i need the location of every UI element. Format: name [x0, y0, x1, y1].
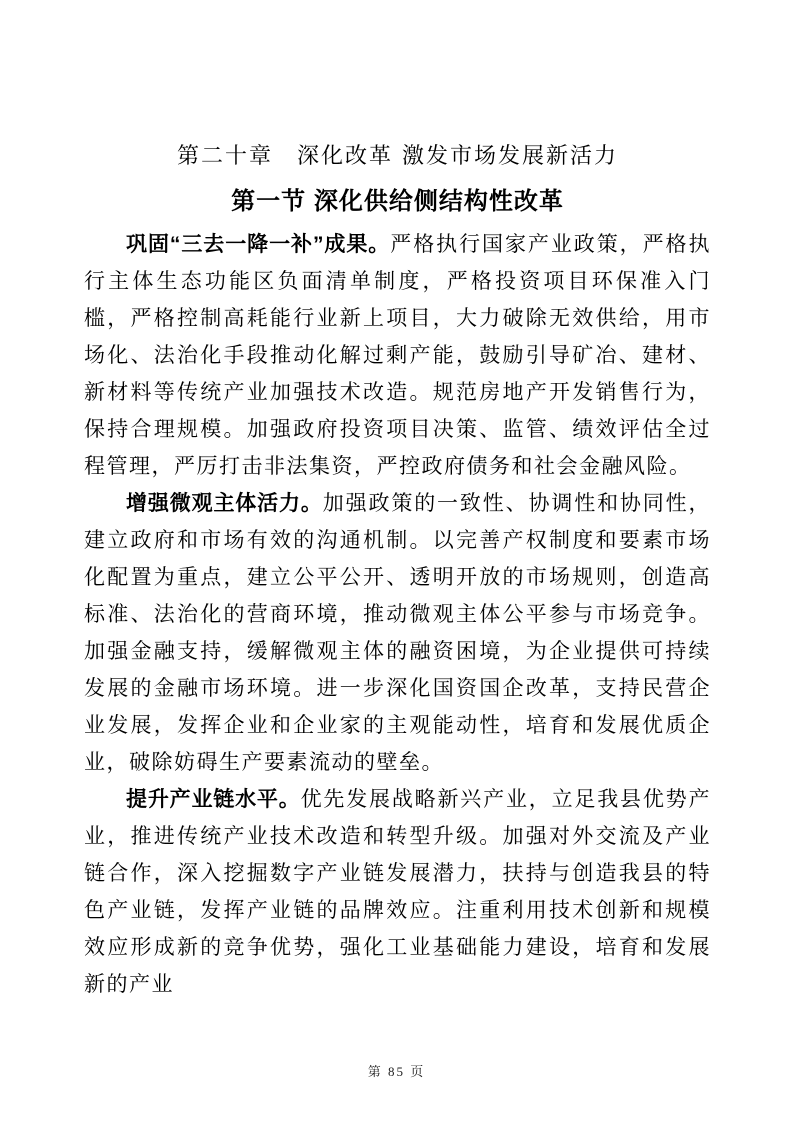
document-page: 第二十章 深化改革 激发市场发展新活力 第一节 深化供给侧结构性改革 巩固“三去…: [0, 0, 793, 1122]
page-number: 第 85 页: [0, 1061, 793, 1080]
paragraph-consolidate-results: 巩固“三去一降一补”成果。严格执行国家产业政策，严格执行主体生态功能区负面清单制…: [84, 226, 711, 485]
section-title: 第一节 深化供给侧结构性改革: [84, 185, 711, 219]
paragraph-text: 优先发展战略新兴产业，立足我县优势产业，推进传统产业技术改造和转型升级。加强对外…: [84, 787, 711, 996]
document-body: 巩固“三去一降一补”成果。严格执行国家产业政策，严格执行主体生态功能区负面清单制…: [84, 226, 711, 1003]
paragraph-lead: 提升产业链水平。: [126, 788, 301, 811]
paragraph-lead: 增强微观主体活力。: [126, 492, 323, 515]
paragraph-micro-entity-vitality: 增强微观主体活力。加强政策的一致性、协调性和协同性，建立政府和市场有效的沟通机制…: [84, 485, 711, 781]
chapter-title: 第二十章 深化改革 激发市场发展新活力: [84, 142, 711, 172]
paragraph-text: 严格执行国家产业政策，严格执行主体生态功能区负面清单制度，严格投资项目环保准入门…: [84, 232, 711, 478]
paragraph-lead: 巩固“三去一降一补”成果。: [126, 233, 390, 256]
paragraph-industry-chain-level: 提升产业链水平。优先发展战略新兴产业，立足我县优势产业，推进传统产业技术改造和转…: [84, 781, 711, 1003]
paragraph-text: 加强政策的一致性、协调性和协同性，建立政府和市场有效的沟通机制。以完善产权制度和…: [84, 491, 711, 774]
